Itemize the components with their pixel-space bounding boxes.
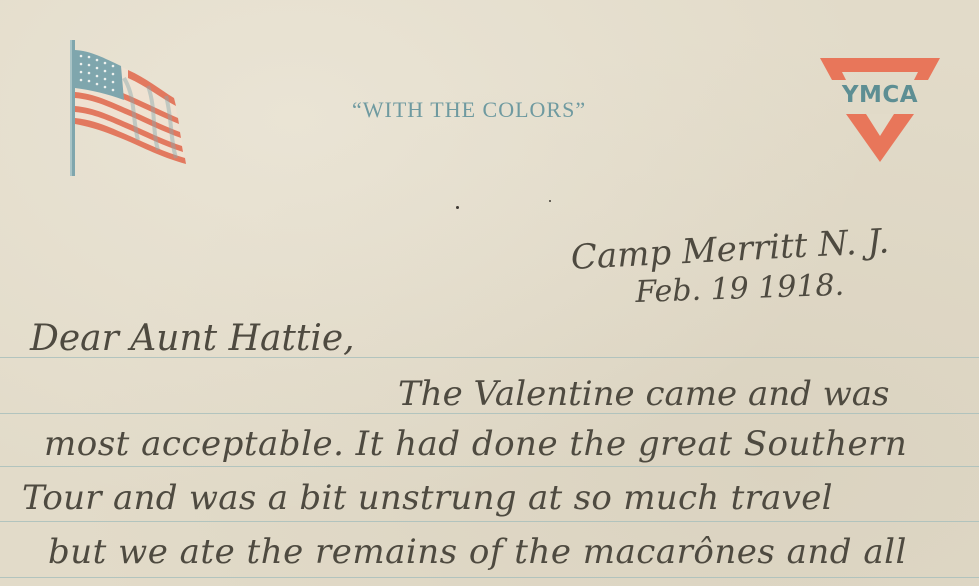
letter-date: Feb. 19 1918. [635, 268, 845, 310]
ruled-line [0, 466, 979, 467]
letter-body-line: The Valentine came and was [398, 374, 890, 414]
ruled-line [0, 577, 979, 578]
ymca-logo-text: YMCA [826, 82, 934, 108]
ink-speck [549, 200, 551, 202]
letter-body-line: but we ate the remains of the macarônes … [48, 532, 907, 572]
letter-body-line: Tour and was a bit unstrung at so much t… [22, 478, 833, 518]
ruled-line [0, 521, 979, 522]
ymca-triangle-logo-icon [818, 56, 942, 164]
american-flag-icon [66, 38, 192, 178]
letterhead-motto: “WITH THE COLORS” [352, 97, 586, 123]
letter-body-line: most acceptable. It had done the great S… [44, 424, 907, 464]
letter-salutation: Dear Aunt Hattie, [30, 318, 355, 359]
ink-speck [456, 206, 459, 209]
